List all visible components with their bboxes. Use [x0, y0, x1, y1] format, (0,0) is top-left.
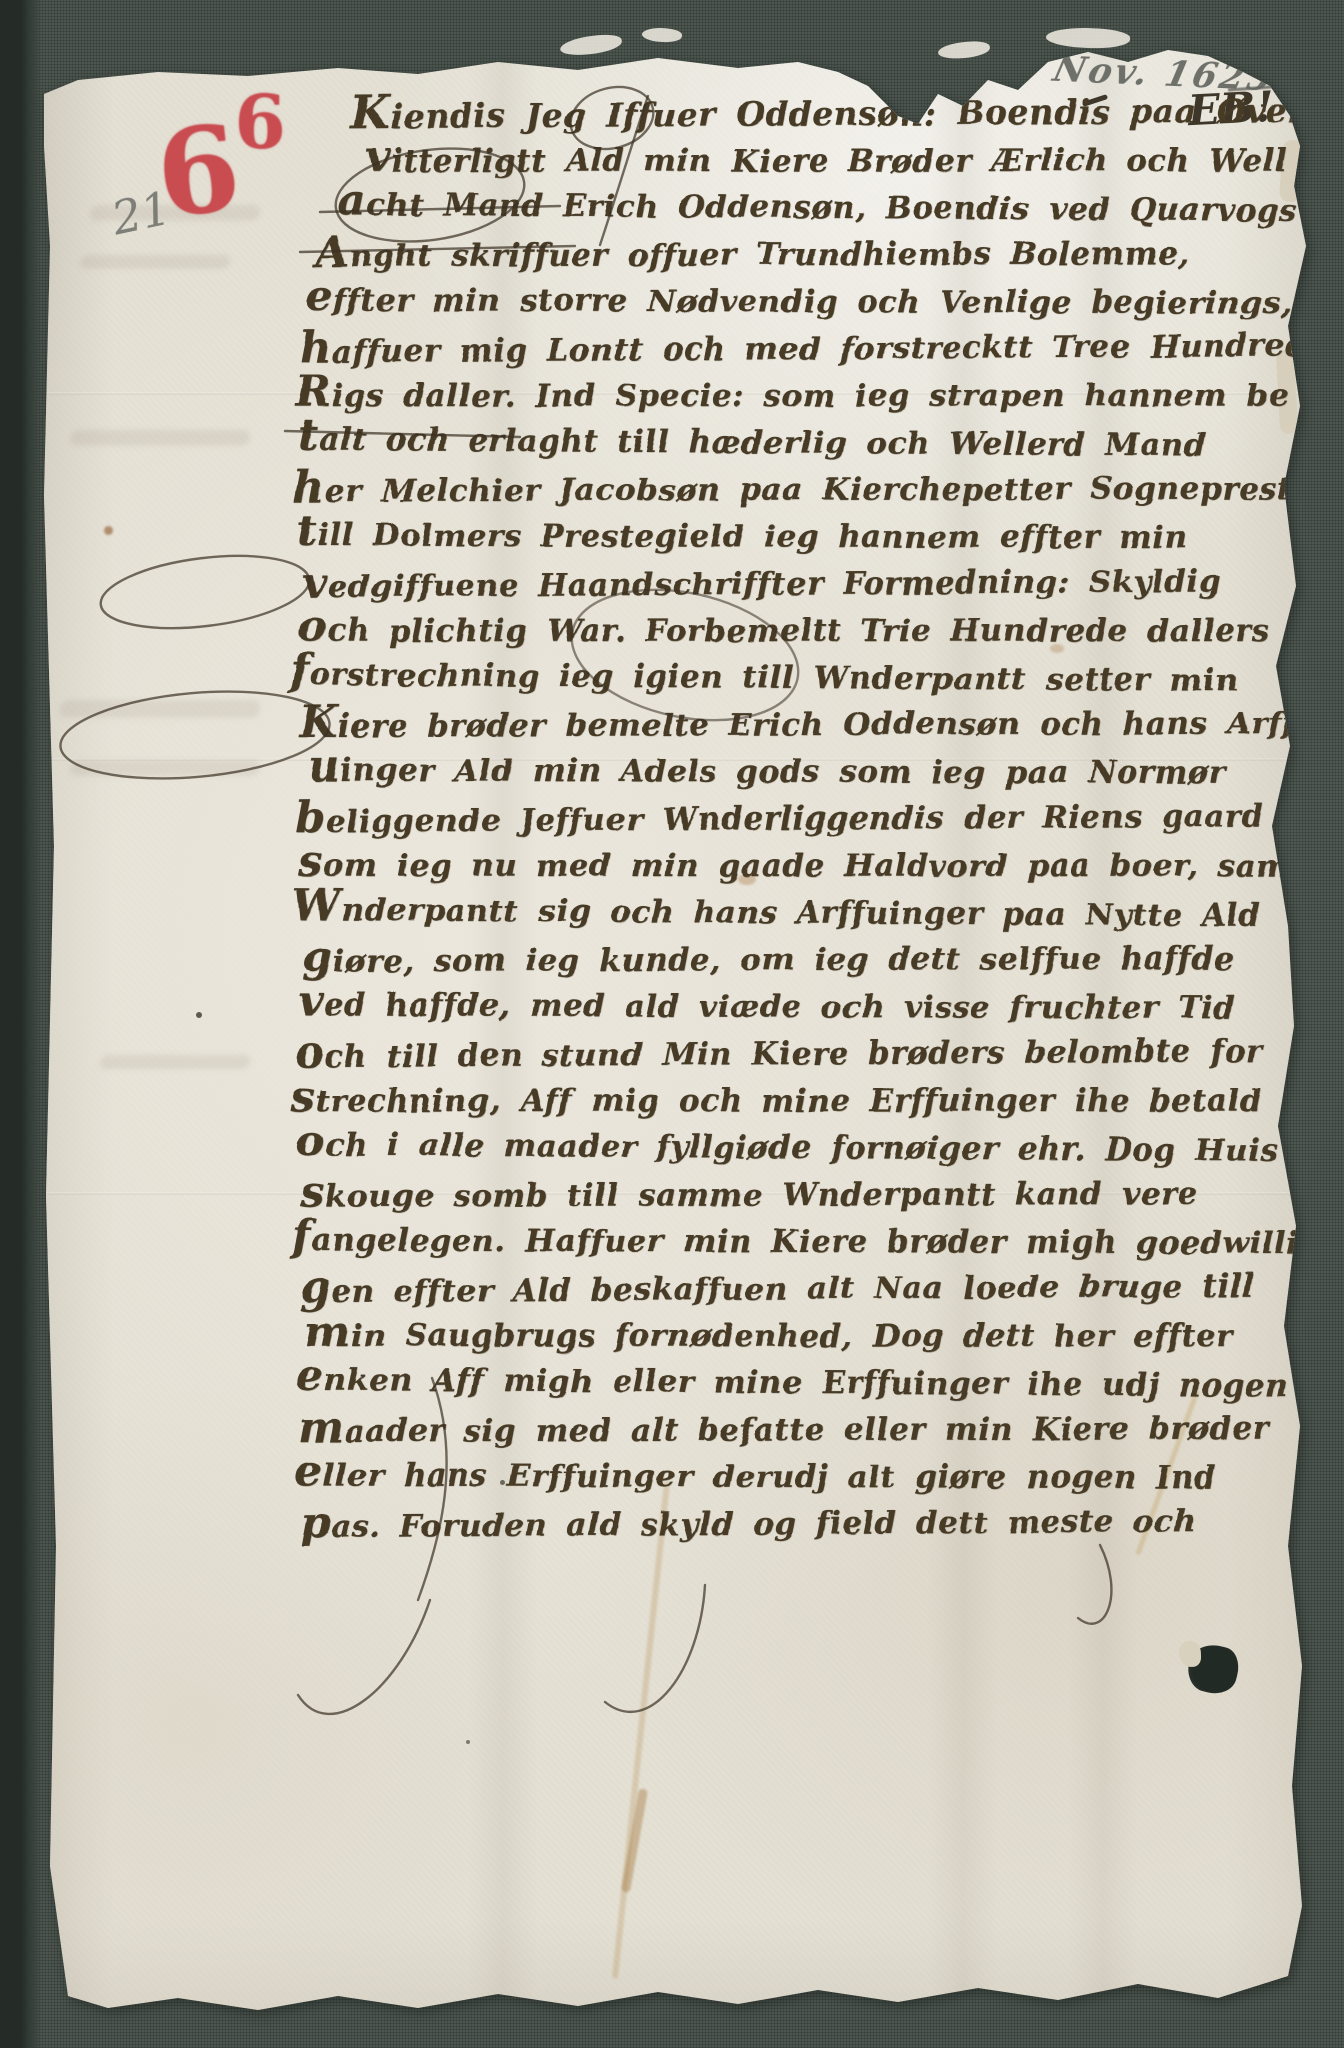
manuscript-line: Rigs daller. Ind Specie: som ieg strapen… [295, 368, 1311, 415]
manuscript-line: min Saugbrugs fornødenhed, Dog dett her … [304, 1308, 1320, 1355]
ink-speck [196, 1012, 202, 1018]
manuscript-line: som ieg nu med min gaade Haldvord paa bo… [298, 838, 1314, 885]
manuscript-line: och till den stund Min Kiere brøders bel… [295, 1023, 1311, 1076]
document-page: 66 21 14 Nov. 1625 EB! Kiendis Jeg Iffue… [38, 46, 1314, 2018]
stain [104, 526, 113, 535]
manuscript-line: gen effter Ald beskaffuen alt Naa loede … [300, 1258, 1316, 1311]
manuscript-line: pas. Foruden ald skyld og field dett mes… [300, 1493, 1316, 1546]
binding-gutter-shadow [0, 0, 42, 2048]
bleed-through-smudge [69, 760, 261, 776]
folio-red-superscript-digit: 6 [235, 86, 286, 160]
bleed-through-smudge [69, 430, 251, 446]
manuscript-line: fangelegen. Haffuer min Kiere brøder mig… [292, 1212, 1308, 1262]
manuscript-line: Anght skriffuer offuer Trundhiembs Bolem… [315, 225, 1331, 275]
archive-scan: 66 21 14 Nov. 1625 EB! Kiendis Jeg Iffue… [0, 0, 1344, 2048]
manuscript-line: uinger Ald min Adels gods som ieg paa No… [308, 742, 1324, 792]
tan-streak [612, 1481, 670, 1979]
manuscript-line: och i alle maader fyllgiøde fornøiger eh… [296, 1117, 1312, 1170]
manuscript-line: skouge somb till samme Wnderpantt kand v… [300, 1165, 1316, 1215]
document-page-wrap: 66 21 14 Nov. 1625 EB! Kiendis Jeg Iffue… [38, 46, 1314, 2018]
manuscript-text: Kiendis Jeg Iffuer Oddensøn: Boendis paa… [290, 86, 1306, 1543]
bleed-through-smudge [99, 1055, 251, 1069]
manuscript-line: strechning, Aff mig och mine Erffuinger … [290, 1073, 1306, 1120]
manuscript-line: beliggende Jeffuer Wnderliggendis der Ri… [295, 788, 1311, 841]
bleed-through-smudge [59, 700, 262, 718]
manuscript-line: Kiere brøder bemelte Erich Oddensøn och … [300, 695, 1316, 745]
manuscript-line: Kiendis Jeg Iffuer Oddensøn: Boendis paa… [350, 83, 1344, 136]
ink-speck [466, 1740, 470, 1744]
manuscript-line: till Dolmers Prestegield ieg hannem efft… [296, 507, 1312, 557]
manuscript-line: talt och erlaght till hæderlig och Welle… [298, 412, 1314, 465]
manuscript-line: eller hans Erffuinger derudj alt giøre n… [294, 1447, 1310, 1497]
manuscript-line: her Melchier Jacobsøn paa Kierchepetter … [293, 460, 1309, 510]
manuscript-line: haffuer mig Lontt och med forstrecktt Tr… [300, 318, 1316, 371]
manuscript-line: forstrechning ieg igien till Wnderpantt … [290, 647, 1306, 700]
manuscript-line: giøre, som ieg kunde, om ieg dett selffu… [302, 930, 1318, 980]
manuscript-line: effter min storre Nødvendig och Venlige … [305, 272, 1321, 322]
manuscript-line: maader sig med alt befatte eller min Kie… [298, 1400, 1314, 1450]
manuscript-line: och plichtig War. Forbemeltt Trie Hundre… [298, 603, 1314, 650]
manuscript-line: Wnderpantt sig och hans Arffuinger paa N… [292, 882, 1308, 935]
bleed-through-smudge [79, 255, 231, 269]
manuscript-line: ved haffde, med ald viæde och visse fruc… [298, 977, 1314, 1027]
manuscript-line: acht Mand Erich Oddensøn, Boendis ved Qu… [338, 177, 1344, 230]
manuscript-line: vedgiffuene Haandschriffter Formedning: … [302, 553, 1318, 606]
ink-blot-hole [1183, 1640, 1243, 1699]
manuscript-line: enken Aff migh eller mine Erffuinger ihe… [296, 1352, 1312, 1405]
manuscript-line: vitterligtt Ald min Kiere Brøder Ærlich … [365, 133, 1344, 180]
